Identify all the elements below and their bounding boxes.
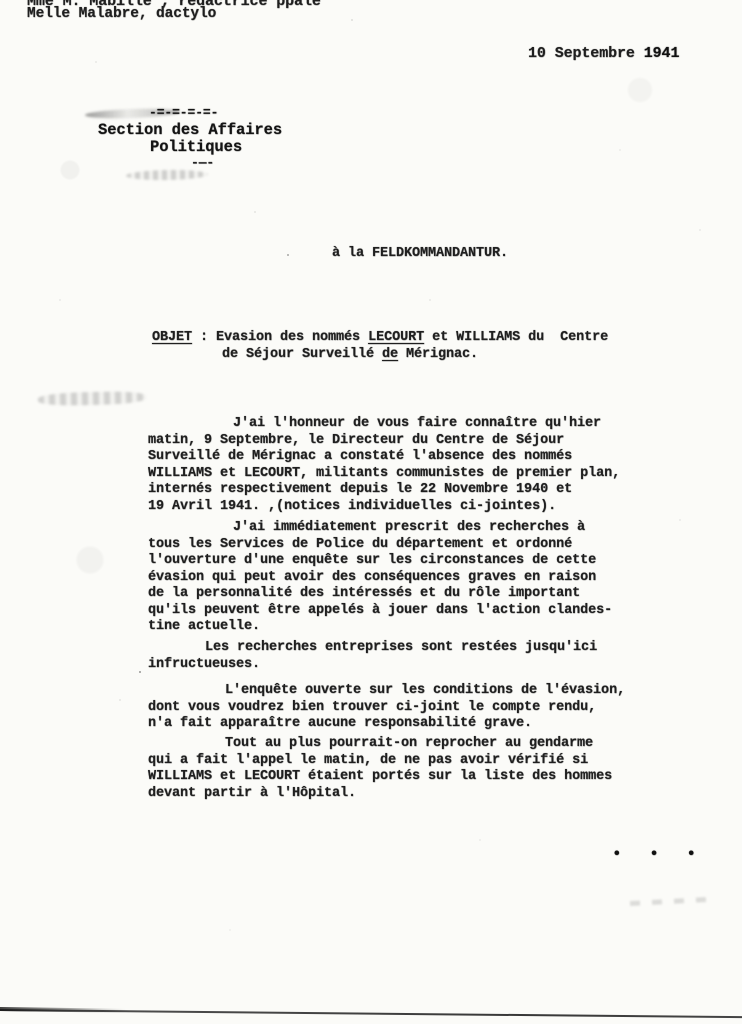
faint-stamp-smudge <box>38 391 146 407</box>
scan-bottom-edge <box>0 1009 742 1019</box>
section-title-line2: Politiques <box>150 138 242 156</box>
paragraph-line: Tout au plus pourrait-on reprocher au ge… <box>148 736 688 753</box>
paragraph-line: tous les Services de Police du départeme… <box>148 537 688 554</box>
paragraph-1: J'ai l'honneur de vous faire connaître q… <box>148 416 688 515</box>
subject-name-lecourt: LECOURT <box>368 330 424 345</box>
paragraph-line: devant partir à l'Hôpital. <box>148 786 688 803</box>
scanned-document-page: Mme M. Mabille ; rédactrice ppale Melle … <box>0 0 742 1024</box>
paragraph-line: L'enquête ouverte sur les conditions de … <box>148 683 688 700</box>
subject-block: OBJET : Evasion des nommés LECOURT et WI… <box>152 329 608 363</box>
paragraph-line: qui a fait l'appel le matin, de ne pas a… <box>148 753 688 770</box>
paragraph-line: internés respectivement depuis le 22 Nov… <box>148 482 688 499</box>
paragraph-line: Surveillé de Mérignac a constaté l'absen… <box>148 449 688 466</box>
date-year: 1941 <box>644 45 680 62</box>
paragraph-4: L'enquête ouverte sur les conditions de … <box>148 683 688 733</box>
paragraph-line: de la personnalité des intéressés et du … <box>148 586 688 603</box>
paragraph-line: matin, 9 Septembre, le Directeur du Cent… <box>148 433 688 450</box>
recipient-line: à la FELDKOMMANDANTUR. <box>332 246 508 261</box>
typist-line: Melle Malabre, dactylo <box>27 6 216 22</box>
paragraph-line: J'ai immédiatement prescrit des recherch… <box>148 520 688 537</box>
paragraph-2: J'ai immédiatement prescrit des recherch… <box>148 520 688 636</box>
paragraph-line: évasion qui peut avoir des conséquences … <box>148 570 688 587</box>
subject-text-1: Evasion des nommés <box>216 330 368 345</box>
subject-line2-pre: de Séjour Surveillé <box>222 347 382 362</box>
section-title-line1: Section des Affaires <box>98 121 282 139</box>
paragraph-line: tine actuelle. <box>148 619 688 636</box>
subject-line-2: de Séjour Surveillé de Mérignac. <box>152 346 608 363</box>
paragraph-line: Les recherches entreprises sont restées … <box>148 640 688 657</box>
scan-streak <box>630 897 708 906</box>
closing-dots: • • • <box>612 845 705 863</box>
paragraph-3: Les recherches entreprises sont restées … <box>148 640 688 673</box>
date-day-month: 10 Septembre <box>528 45 644 62</box>
subject-line2-underlined: de <box>382 347 398 362</box>
date-line: 10 Septembre 1941 <box>528 45 679 62</box>
paragraph-line: n'a fait apparaître aucune responsabilit… <box>148 716 688 733</box>
ink-smudge <box>126 169 208 180</box>
paragraph-line: J'ai l'honneur de vous faire connaître q… <box>148 416 688 433</box>
paragraph-line: WILLIAMS et LECOURT, militants communist… <box>148 466 688 483</box>
paragraph-line: infructueuses. <box>148 657 688 674</box>
paragraph-line: dont vous voudrez bien trouver ci-joint … <box>148 700 688 717</box>
subject-line2-post: Mérignac. <box>398 347 478 362</box>
paragraph-line: qu'ils peuvent être appelés à jouer dans… <box>148 603 688 620</box>
subject-line-1: OBJET : Evasion des nommés LECOURT et WI… <box>152 329 608 346</box>
decorative-rule-top: -=-=-=-=- <box>149 105 218 120</box>
subject-text-2: et WILLIAMS du Centre <box>424 330 608 345</box>
subject-separator: : <box>192 330 216 345</box>
paragraph-line: 19 Avril 1941. ,(notices individuelles c… <box>148 499 688 516</box>
paragraph-5: Tout au plus pourrait-on reprocher au ge… <box>148 736 688 802</box>
decorative-rule-bottom: -—- <box>191 155 214 170</box>
paragraph-line: l'ouverture d'une enquête sur les circon… <box>148 553 688 570</box>
subject-label: OBJET <box>152 330 192 345</box>
paragraph-line: WILLIAMS et LECOURT étaient portés sur l… <box>148 769 688 786</box>
